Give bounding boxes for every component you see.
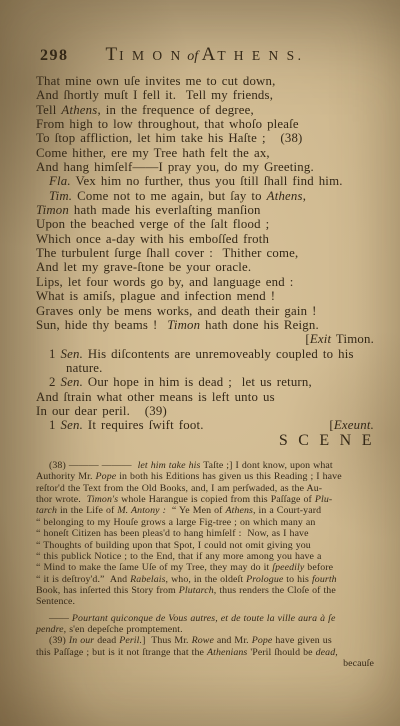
text-line: becauſe	[36, 658, 374, 669]
text-segment: in both his Editions has given us this R…	[116, 471, 341, 482]
text-line: Fla. Vex him no further, thus you ſtill …	[36, 174, 374, 188]
text-segment: nature.	[66, 361, 103, 375]
text-segment: T H E N S.	[217, 48, 304, 63]
text-segment: Our hope in him is dead ; let us return,	[83, 375, 312, 389]
text-line: “ Mind to make the ſame Uſe of my Tree, …	[36, 562, 374, 573]
text-segment: That mine own uſe invites me to cut down…	[36, 74, 275, 88]
text-segment: I M O N	[119, 48, 184, 63]
text-segment: Pope	[252, 635, 273, 646]
text-segment: “ belonging to my Houſe grows a large Fi…	[36, 517, 315, 528]
text-segment: A	[202, 44, 218, 65]
text-segment: hath made his everlaſting manſion	[69, 203, 261, 217]
text-segment: becauſe	[343, 658, 374, 669]
text-segment: Which once a-day with his emboſſed froth	[36, 232, 269, 246]
text-segment: this Paſſage ; but is it not ſtrange tha…	[36, 647, 207, 658]
text-line: Upon the beached verge of the ſalt flood…	[36, 217, 374, 231]
text-segment: Fla.	[49, 174, 71, 188]
text-segment: before	[304, 562, 333, 573]
text-segment: Sentence.	[36, 596, 75, 607]
text-line: That mine own uſe invites me to cut down…	[36, 74, 374, 88]
text-line: Graves only be mens works, and death the…	[36, 304, 374, 318]
text-segment: in the Life of	[57, 505, 117, 516]
text-segment: Upon the beached verge of the ſalt flood…	[36, 217, 269, 231]
text-line: To ſtop affliction, let him take his Haſ…	[36, 131, 374, 145]
text-segment: Taſte ;] I dont know, upon what	[200, 460, 332, 471]
text-segment: 'Peril ſhould be	[247, 647, 315, 658]
page-number: 298	[40, 47, 69, 65]
text-segment: In our	[69, 635, 94, 646]
text-segment: of	[184, 49, 202, 64]
text-segment: Tim.	[49, 189, 72, 203]
text-segment: reſtor'd the Text from the Old Books, an…	[36, 483, 322, 494]
text-line: The turbulent ſurge ſhall cover : Thithe…	[36, 246, 374, 260]
text-line: pendre, s'en depeſche promptement.	[36, 624, 374, 635]
text-line: Lips, let four words go by, and language…	[36, 275, 374, 289]
text-segment: dead	[316, 647, 336, 658]
text-line: Sun, hide thy beams ! Timon hath done hi…	[36, 318, 374, 332]
text-segment: to his	[283, 574, 312, 585]
text-segment: ,	[303, 189, 306, 203]
text-segment: And ſtrain what other means is left unto…	[36, 390, 275, 404]
text-segment: Graves only be mens works, and death the…	[36, 304, 317, 318]
text-segment: Sen.	[61, 375, 83, 389]
text-line: S C E N E	[36, 433, 374, 449]
text-segment: Plu-	[315, 494, 332, 505]
text-segment: whole Harangue is copied from this Paſſa…	[118, 494, 315, 505]
text-segment: Timon	[167, 318, 200, 332]
text-segment: His diſcontents are unremoveably coupled…	[83, 347, 354, 361]
text-line: thor wrote. Timon's whole Harangue is co…	[36, 494, 374, 505]
text-segment: ] Thus Mr.	[142, 635, 192, 646]
text-segment: Plutarch	[179, 585, 214, 596]
text-segment: Timon's	[87, 494, 118, 505]
text-line: In our dear peril. (39)	[36, 404, 374, 418]
text-segment: Rabelais	[130, 574, 165, 585]
text-segment: (39)	[49, 635, 69, 646]
text-segment: Athens	[267, 189, 303, 203]
text-segment: “ Thoughts of building upon that Spot, I…	[36, 540, 311, 551]
footnotes: (38) ——— ——— let him take his Taſte ;] I…	[36, 460, 374, 669]
text-segment: let him take his	[138, 460, 201, 471]
text-segment: , in a Court-yard	[253, 505, 321, 516]
text-line: this Paſſage ; but is it not ſtrange tha…	[36, 647, 374, 658]
text-segment: Come hither, ere my Tree hath felt the a…	[36, 146, 270, 160]
text-segment: From high to low throughout, that whoſo …	[36, 117, 299, 131]
text-segment: s'en depeſche promptement.	[66, 624, 182, 635]
text-segment: Athens	[225, 505, 252, 516]
text-segment: Vex him no further, thus you ſtill ſhall…	[71, 174, 343, 188]
text-line: “ Thoughts of building upon that Spot, I…	[36, 540, 374, 551]
text-segment: 2	[49, 375, 61, 389]
text-segment: fourth	[312, 574, 337, 585]
book-page: 298 TI M O N of AT H E N S. That mine ow…	[0, 0, 400, 726]
text-segment: Come not to me again, but ſay to	[72, 189, 266, 203]
text-segment: It requires ſwift foot.	[83, 418, 204, 432]
text-line: Book, has inſerted this Story from Pluta…	[36, 585, 374, 596]
text-segment: And let my grave-ſtone be your oracle.	[36, 260, 251, 274]
text-segment: Sen.	[61, 347, 83, 361]
text-segment: M. Antony :	[117, 505, 166, 516]
text-segment: (38) ——— ———	[49, 460, 138, 471]
text-segment: , who, in the oldeſt	[166, 574, 247, 585]
text-segment: and Mr.	[214, 635, 252, 646]
text-line: Tim. Come not to me again, but ſay to At…	[36, 189, 374, 203]
text-line: 1 Sen. It requires ſwift foot.[Exeunt.	[36, 418, 374, 432]
text-segment: Pope	[96, 471, 117, 482]
text-segment: Rowe	[192, 635, 214, 646]
play-text: That mine own uſe invites me to cut down…	[36, 74, 374, 448]
text-segment: Athens	[61, 103, 97, 117]
text-segment: dead	[94, 635, 119, 646]
text-segment: Prologue	[246, 574, 283, 585]
text-segment: And ſhortly muſt I fell it. Tell my frie…	[36, 88, 273, 102]
text-segment: And hang himſelf——I pray you, do my Gree…	[36, 160, 314, 174]
text-segment: Authority Mr.	[36, 471, 96, 482]
text-segment: S C E N E	[279, 432, 374, 449]
text-segment: Tell	[36, 103, 61, 117]
text-segment: “ this publick Notice ; to the End, that…	[36, 551, 322, 562]
text-line: “ belonging to my Houſe grows a large Fi…	[36, 517, 374, 528]
text-segment: Pourtant quiconque de Vous autres, et de…	[72, 613, 336, 624]
text-line: 2 Sen. Our hope in him is dead ; let us …	[36, 375, 374, 389]
text-segment: ſpeedily	[272, 562, 304, 573]
text-segment: Timon	[36, 203, 69, 217]
text-line: reſtor'd the Text from the Old Books, an…	[36, 483, 374, 494]
text-segment: thor wrote.	[36, 494, 87, 505]
text-line: And let my grave-ſtone be your oracle.	[36, 260, 374, 274]
text-segment: Athenians	[207, 647, 247, 658]
page-content: 298 TI M O N of AT H E N S. That mine ow…	[36, 0, 374, 669]
text-segment: 1	[49, 347, 61, 361]
text-segment: Sen.	[61, 418, 83, 432]
text-line: “ this publick Notice ; to the End, that…	[36, 551, 374, 562]
text-segment: “ Ye Men of	[166, 505, 225, 516]
text-segment: “ Mind to make the ſame Uſe of my Tree, …	[36, 562, 272, 573]
text-segment: hath done his Reign.	[200, 318, 319, 332]
text-line: [Exit Timon.	[36, 332, 374, 346]
text-line: (39) In our dead Peril.] Thus Mr. Rowe a…	[36, 635, 374, 646]
text-segment: In our dear peril. (39)	[36, 404, 167, 418]
text-segment: Peril.	[119, 635, 142, 646]
text-segment: “ honeſt Citizen has been pleas'd to han…	[36, 528, 309, 539]
text-line: (38) ——— ——— let him take his Taſte ;] I…	[36, 460, 374, 471]
text-segment: Timon.	[331, 332, 374, 346]
text-segment: ,	[335, 647, 338, 658]
text-line: Which once a-day with his emboſſed froth	[36, 232, 374, 246]
text-line: What is amiſs, plague and infection mend…	[36, 289, 374, 303]
text-line: Timon hath made his everlaſting manſion	[36, 203, 374, 217]
text-segment: Exeunt.	[334, 418, 374, 432]
text-segment: have given us	[272, 635, 331, 646]
text-line: And hang himſelf——I pray you, do my Gree…	[36, 160, 374, 174]
text-segment: T	[106, 44, 120, 65]
text-line: tarch in the Life of M. Antony : “ Ye Me…	[36, 505, 374, 516]
text-segment: Lips, let four words go by, and language…	[36, 275, 294, 289]
text-segment: What is amiſs, plague and infection mend…	[36, 289, 275, 303]
text-line: 1 Sen. His diſcontents are unremoveably …	[36, 347, 374, 361]
text-segment: Sun, hide thy beams !	[36, 318, 167, 332]
text-line: —— Pourtant quiconque de Vous autres, et…	[36, 613, 374, 624]
running-title: TI M O N of AT H E N S.	[36, 44, 374, 66]
page-header: 298 TI M O N of AT H E N S.	[36, 44, 374, 68]
text-segment: , thus renders the Cloſe of the	[214, 585, 336, 596]
text-segment: tarch	[36, 505, 57, 516]
text-segment: “ it is deſtroy'd.” And	[36, 574, 130, 585]
text-line: Tell Athens, in the frequence of degree,	[36, 103, 374, 117]
text-line: Sentence.	[36, 596, 374, 607]
text-segment: , in the frequence of degree,	[97, 103, 253, 117]
text-segment: pendre,	[36, 624, 66, 635]
text-line: And ſhortly muſt I fell it. Tell my frie…	[36, 88, 374, 102]
text-line: From high to low throughout, that whoſo …	[36, 117, 374, 131]
text-line: Authority Mr. Pope in both his Editions …	[36, 471, 374, 482]
text-line: “ honeſt Citizen has been pleas'd to han…	[36, 528, 374, 539]
text-line: “ it is deſtroy'd.” And Rabelais, who, i…	[36, 574, 374, 585]
text-line: Come hither, ere my Tree hath felt the a…	[36, 146, 374, 160]
text-segment: ——	[49, 613, 72, 624]
text-segment: 1	[49, 418, 61, 432]
text-segment: Book, has inſerted this Story from	[36, 585, 179, 596]
text-line: And ſtrain what other means is left unto…	[36, 390, 374, 404]
text-segment: Exit	[310, 332, 331, 346]
text-segment: The turbulent ſurge ſhall cover : Thithe…	[36, 246, 298, 260]
text-segment: To ſtop affliction, let him take his Haſ…	[36, 131, 303, 145]
text-line: nature.	[36, 361, 374, 375]
